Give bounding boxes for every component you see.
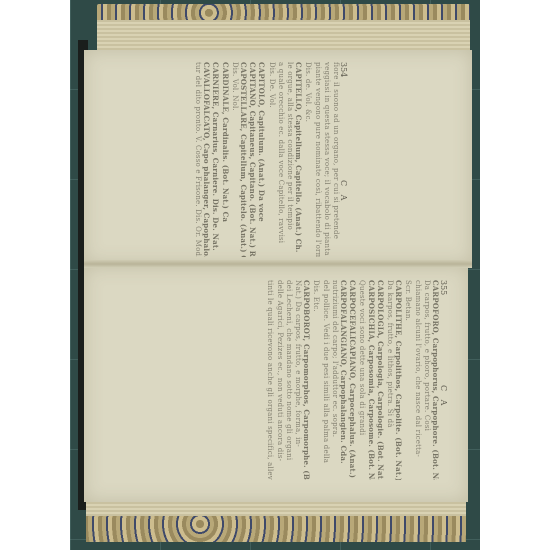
marbled-cover-bottom	[86, 512, 466, 542]
text-line: CAPITOLO, Capitulum. (Anat.) Da voce	[257, 62, 266, 257]
text-line: del pollice. Vedi i due pesi simili alla…	[320, 280, 329, 480]
text-line: CARNIERE, Carnarius, Carniere. Dis. De. …	[211, 62, 220, 257]
page-edges-top	[97, 20, 470, 54]
text-line: CAVALLOFALCATO, Capo phalanger, Capophal…	[202, 62, 211, 257]
right-page-number: 355	[439, 280, 448, 295]
text-line: CARPOFALANGIANO, Carpophalangien. Cda.	[339, 280, 348, 480]
text-line: Dis. de. Vol. &c.	[303, 62, 312, 257]
text-line: delle Agarici, Pezizes ec., non veduti a…	[274, 280, 283, 480]
text-line: Nat.) Da carpos, frutto, e morphe, forma…	[293, 280, 302, 480]
text-line: tinti le quali ricevono anche gli organi…	[265, 280, 274, 480]
text-line: Da karpos, frutto, e lithos, pietra. Si …	[385, 280, 394, 480]
text-line: CARPOBOROT, Carpomorphos, Carpomorphe. (…	[302, 280, 311, 480]
right-running-header: C A	[439, 385, 448, 408]
text-line: a quale orecchio ec. dalla voce Capitell…	[276, 62, 285, 257]
text-line: CAPOSTELLARE, Capitellum, Capitelo. (Ana…	[239, 62, 248, 257]
text-line: tur del dito pronto. V. Cosso e Frisone.…	[193, 62, 202, 257]
text-line: veggiasi in questa stessa voce; il vocab…	[322, 62, 331, 257]
book-gutter	[84, 260, 472, 268]
text-line: CARPOLOGIA, Carpologia, Carpologie. (Bot…	[376, 280, 385, 480]
text-line: CARPOCEFALICAPIANO, Carpocephalus. (Anat…	[348, 280, 357, 480]
text-line: chiamano alcuni l'ovario, che nasce dal …	[412, 280, 421, 480]
text-line: Queste voci sono dette una sola di grand…	[357, 280, 366, 480]
text-line: fiore il suono ad un organo, per cui si …	[331, 62, 340, 257]
left-page-text: fiore il suono ad un organo, per cui si …	[108, 62, 340, 257]
text-line: CARDINALE, Cardinalis. (Bot. Nat.) Ca	[220, 62, 229, 257]
text-line: dei Lecheni, che mandano sotto nome gli …	[284, 280, 293, 480]
text-line: Dis. De. Vol.	[266, 62, 275, 257]
text-line: CARPOFORO, Carpophorus, Carpophore. (Bot…	[431, 280, 440, 480]
text-line: Da carpos, frutto, e phoro, portare. Cos…	[422, 280, 431, 480]
text-line: piante vengono pure nominate così, ribat…	[312, 62, 321, 257]
text-line: Scr. Betan.	[403, 280, 412, 480]
text-line: Dis. Etc.	[311, 280, 320, 480]
page-edges-bottom	[86, 500, 466, 516]
text-line: Dis. Vol. Nol.	[230, 62, 239, 257]
left-running-header: C A	[339, 180, 348, 203]
right-page-text: CARPOFORO, Carpophorus, Carpophore. (Bot…	[162, 280, 440, 480]
text-line: nutriziumi del carpo; l'adduttor ec. sop…	[330, 280, 339, 480]
left-page-number: 354	[339, 62, 348, 77]
text-line: CARPOSICHIA, Carposomia, Carposome. (Bot…	[366, 280, 375, 480]
text-line: CAPITANO, Capitaneus, Capitano. (Bot. Na…	[248, 62, 257, 257]
text-line: le orgue, alla stessa condizione per il …	[285, 62, 294, 257]
text-line: CARPOLITHE, Carpolithos, Carpolite. (Bot…	[394, 280, 403, 480]
text-line: CAPITELLO, Capitellum, Capitello. (Anat.…	[294, 62, 303, 257]
